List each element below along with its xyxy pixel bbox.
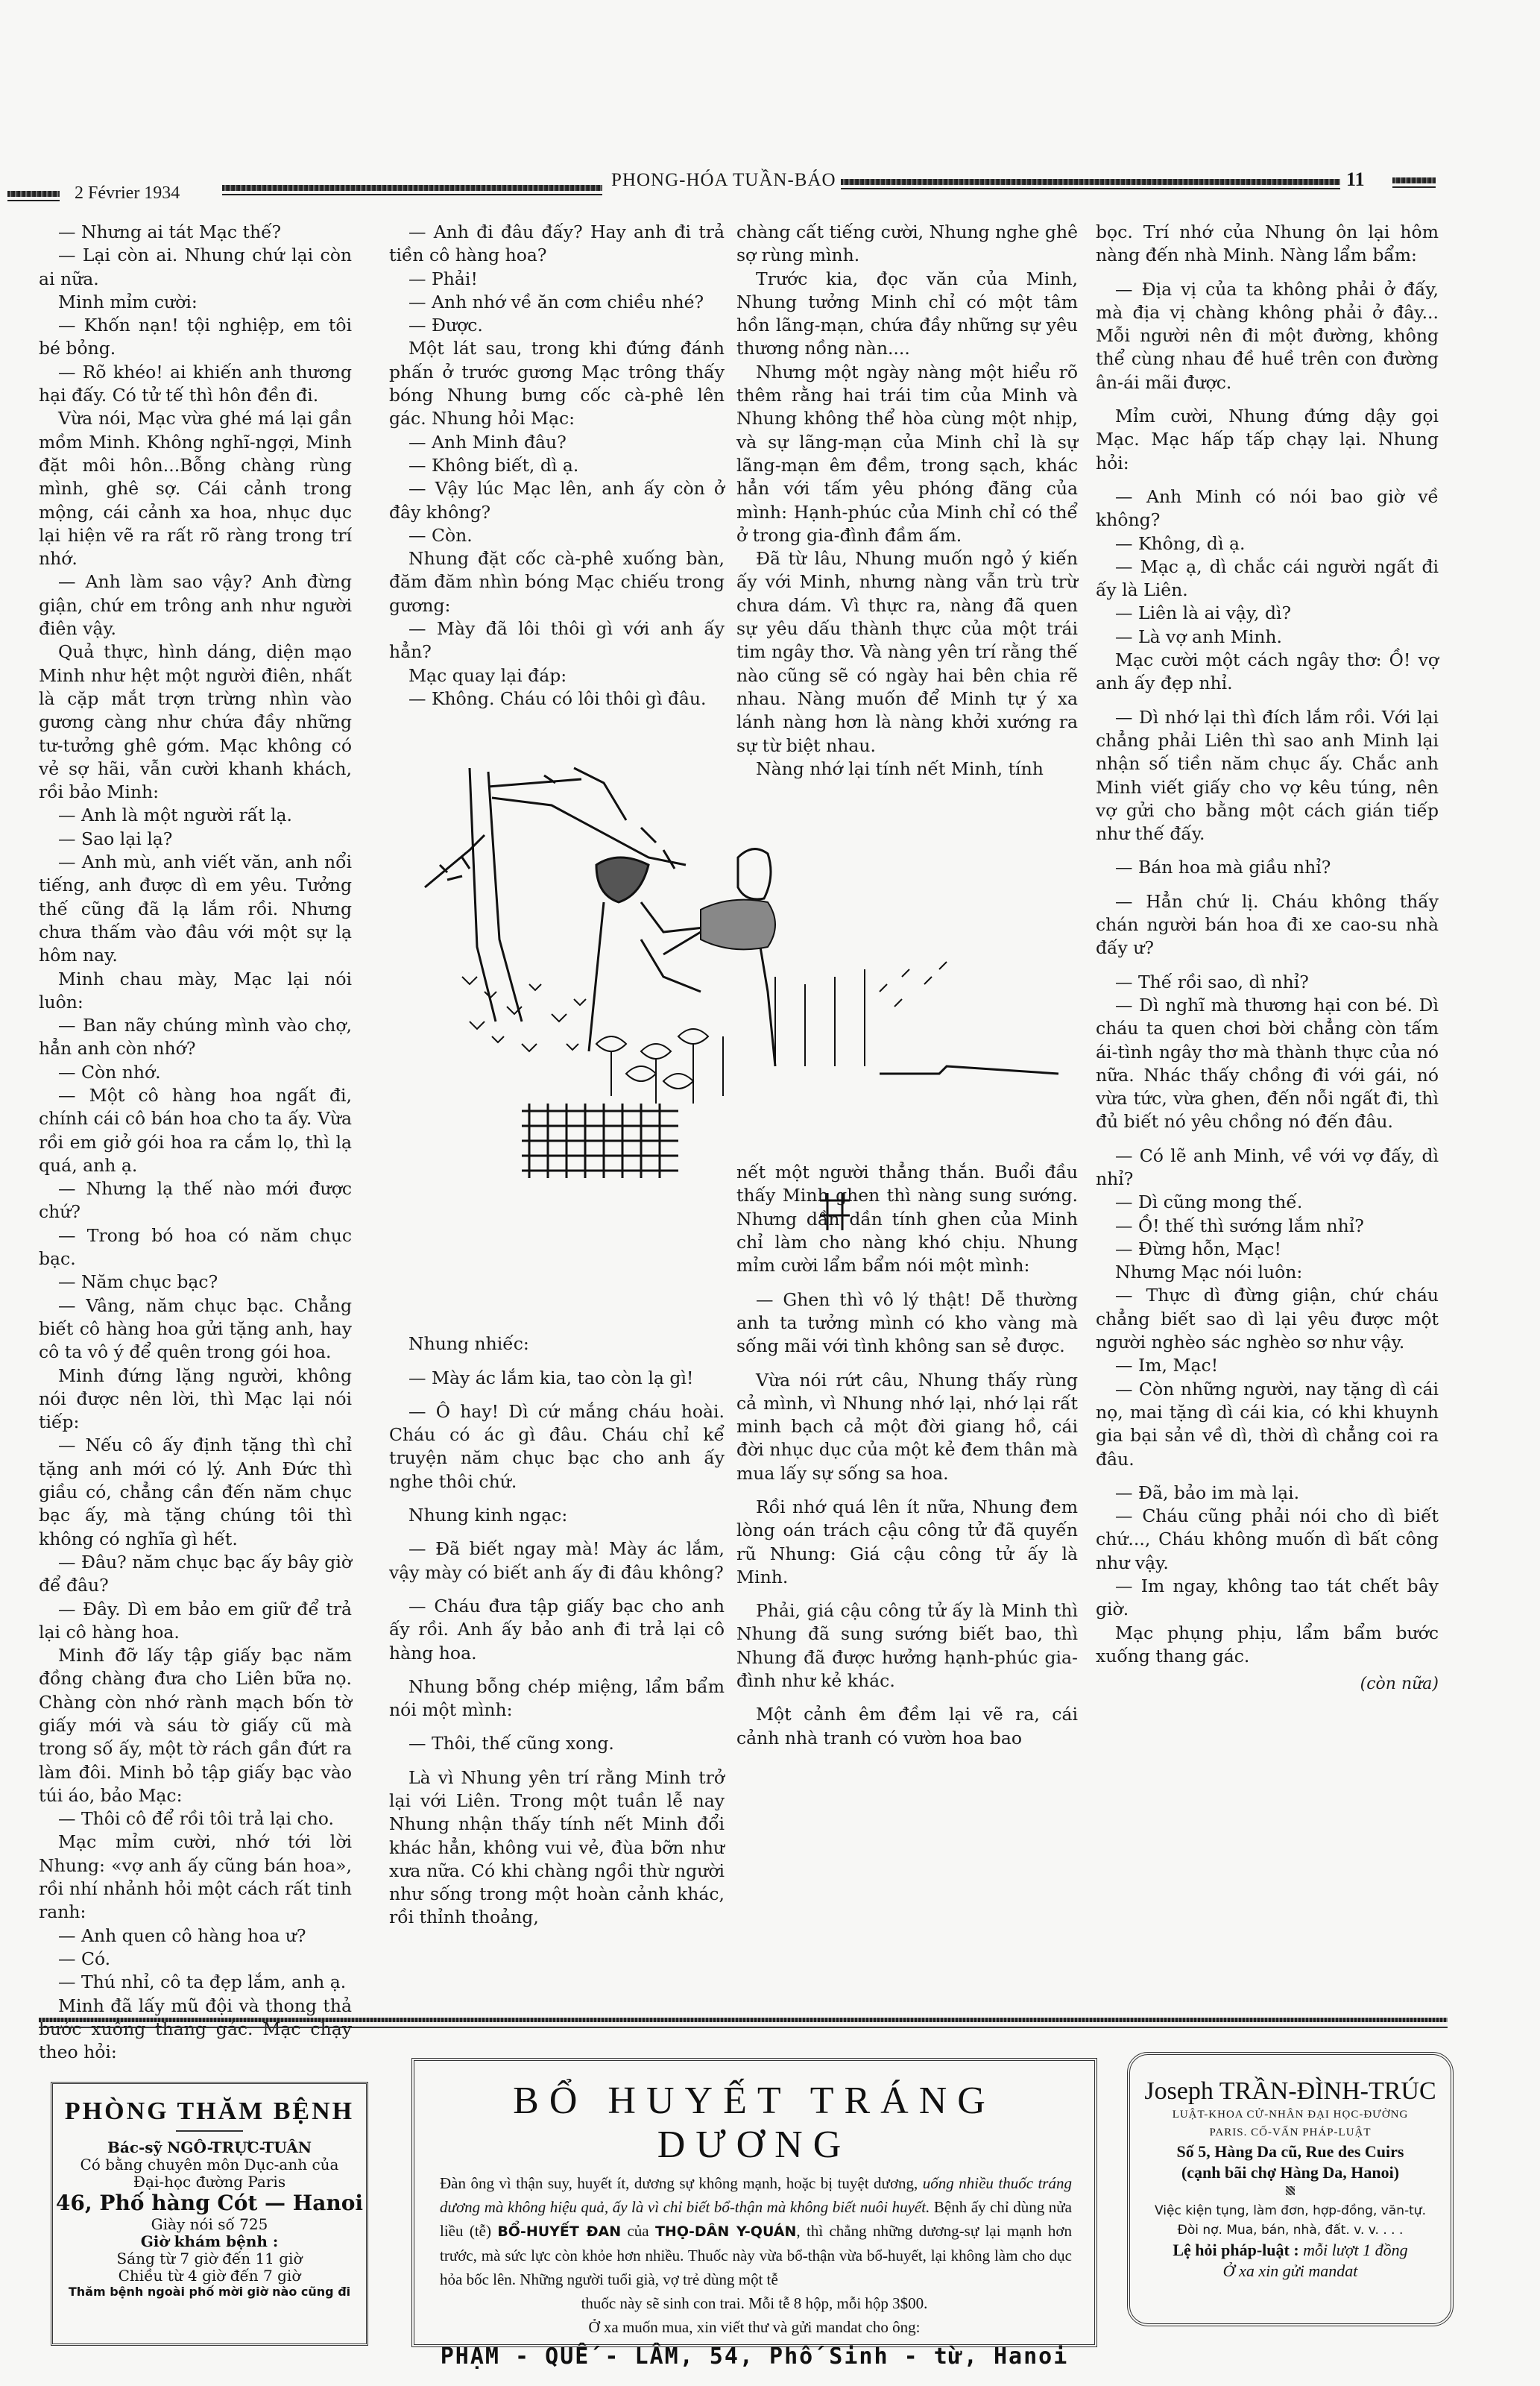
paragraph: Nhung kinh ngạc: [389,1504,725,1527]
lawyer-fee-value: mỗi lượt 1 đồng [1303,2241,1407,2259]
ornament-divider-icon [176,2130,243,2132]
clinic-credential: Có bằng chuyên môn Dục-anh của [53,2156,366,2173]
paragraph: — Địa vị của ta không phải ở đấy, mà địa… [1096,278,1439,394]
ads-divider [39,2018,1448,2022]
paragraph: Nhưng một ngày nàng một hiểu rõ thêm rằn… [736,361,1078,547]
garden-illustration [417,753,1088,1230]
paragraph: — Hẳn chứ lị. Cháu không thấy chán người… [1096,890,1439,960]
paragraph: — Nhưng ai tát Mạc thế? [39,221,352,244]
lattice-fence-icon [522,1104,850,1230]
paragraph: — Không. Cháu có lôi thôi gì đâu. [389,687,725,711]
header-rule-right [1392,177,1436,183]
paragraph: — Đã biết ngay mà! Mày ác lắm, vậy mày c… [389,1537,725,1584]
paragraph: Minh mỉm cười: [39,291,352,314]
paragraph: — Được. [389,314,725,337]
paragraph: — Đâu? năm chục bạc ấy bây giờ để đâu? [39,1551,352,1598]
article-column-4: bọc. Trí nhớ của Nhung ôn lại hôm nàng đ… [1096,221,1439,1696]
ads-divider-thin [39,2027,1448,2028]
paragraph: — Đây. Dì em bảo em giữ để trả lại cô hà… [39,1598,352,1645]
paragraph: — Có lẽ anh Minh, về với vợ đấy, dì nhỉ? [1096,1145,1439,1192]
medicine-text: Đàn ông vì thận suy, huyết ít, dương sự … [440,2174,918,2192]
lawyer-title: PARIS. CỐ-VẤN PHÁP-LUẬT [1130,2124,1451,2141]
lawyer-address: Số 5, Hàng Da cũ, Rue des Cuirs [1130,2141,1451,2162]
paragraph: Minh đỡ lấy tập giấy bạc năm đồng chàng … [39,1644,352,1807]
paragraph: — Anh Minh đâu? [389,431,725,454]
continued-note: (còn nữa) [1096,1672,1439,1696]
paragraph: — Đừng hỗn, Mạc! [1096,1238,1439,1261]
paragraph: — Sao lại lạ? [39,828,352,851]
header-rule-mid-left-thin [222,194,602,195]
paragraph: Quả thực, hình dáng, diện mạo Minh như h… [39,640,352,804]
page-number: 11 [1346,169,1365,191]
paragraph: — Không biết, dì ạ. [389,454,725,477]
clinic-advertisement: PHÒNG THĂM BỆNH Bác-sỹ NGÔ-TRỰC-TUÂN Có … [51,2082,368,2346]
medicine-order-info: Ở xa muốn mua, xin viết thư và gửi manda… [414,2315,1094,2339]
clinic-hours-label: Giờ khám bệnh : [53,2233,366,2250]
lawyer-services: Đòi nợ. Mua, bán, nhà, đất. v. v. . . . [1130,2220,1451,2240]
path-line-icon [880,1066,1058,1074]
paragraph: — Anh đi đâu đấy? Hay anh đi trả tiền cô… [389,221,725,268]
paragraph: — Anh quen cô hàng hoa ư? [39,1924,352,1948]
header-rule-mid-left [222,185,602,191]
paragraph: Minh đứng lặng người, không nói được nên… [39,1364,352,1435]
paragraph: — Mạc ạ, dì chắc cái người ngất đi ấy là… [1096,555,1439,602]
page-header: 2 Février 1934 PHONG-HÓA TUẦN-BÁO 11 [7,177,1431,215]
issue-date: 2 Février 1934 [75,183,180,204]
paragraph: Nhung nhiếc: [389,1332,725,1356]
paragraph: — Khốn nạn! tội nghiệp, em tôi bé bỏng. [39,314,352,361]
paragraph: — Trong bó hoa có năm chục bạc. [39,1224,352,1271]
paragraph: Rồi nhớ quá lên ít nữa, Nhung đem lòng o… [736,1496,1078,1589]
paragraph: — Phải! [389,268,725,291]
paragraph: — Vậy lúc Mạc lên, anh ấy còn ở đây khôn… [389,477,725,524]
paragraph: — Còn nhớ. [39,1061,352,1084]
medicine-seller-address: PHẠM - QUẾ - LÂM, 54, Phố Sinh - từ, Han… [414,2343,1094,2370]
paragraph: — Liên là ai vậy, dì? [1096,602,1439,625]
paragraph: — Vâng, năm chục bạc. Chẳng biết cô hàng… [39,1294,352,1364]
tree-icon [425,768,686,1022]
paragraph: — Cháu cũng phải nói cho dì biết chứ...,… [1096,1505,1439,1575]
paragraph: — Ban nãy chúng mình vào chợ, hẳn anh cò… [39,1014,352,1061]
paragraph: Mạc phụng phịu, lẩm bẩm bước xuống thang… [1096,1622,1439,1669]
medicine-price: thuốc này sẽ sinh con trai. Mỗi tễ 8 hộp… [414,2291,1094,2315]
paragraph: Là vì Nhung yên trí rằng Minh trở lại vớ… [389,1766,725,1930]
paragraph: Vừa nói rứt câu, Nhung thấy rùng cả mình… [736,1369,1078,1485]
paragraph: chàng cất tiếng cười, Nhung nghe ghê sợ … [736,221,1078,268]
clinic-phone: Giày nói số 725 [53,2216,366,2233]
lawyer-remote-note: Ở xa xin gửi mandat [1130,2261,1451,2282]
paragraph: — Im, Mạc! [1096,1354,1439,1377]
paragraph: — Im ngay, không tao tát chết bây giờ. [1096,1575,1439,1622]
paragraph: Nhung bỗng chép miệng, lẩm bẩm nói một m… [389,1675,725,1722]
paragraph: — Thế rồi sao, dì nhỉ? [1096,971,1439,994]
paragraph: Minh đã lấy mũ đội và thong thả bước xuố… [39,1995,352,2065]
paragraph: — Anh làm sao vậy? Anh đừng giận, chứ em… [39,570,352,640]
paragraph: — Ghen thì vô lý thật! Dễ thường anh ta … [736,1288,1078,1359]
paragraph: Đã từ lâu, Nhung muốn ngỏ ý kiến ấy với … [736,547,1078,758]
paragraph: — Anh là một người rất lạ. [39,804,352,827]
paragraph: Một cảnh êm đềm lại vẽ ra, cái cảnh nhà … [736,1703,1078,1750]
paragraph: Minh chau mày, Mạc lại nói luôn: [39,968,352,1015]
paragraph: — Không, dì ạ. [1096,532,1439,555]
header-rule-left-thin [7,200,60,201]
paragraph: Phải, giá cậu công tử ấy là Minh thì Nhu… [736,1599,1078,1693]
paragraph: Trước kia, đọc văn của Minh, Nhung tưởng… [736,268,1078,361]
paragraph: — Ô hay! Dì cứ mắng cháu hoài. Cháu có á… [389,1400,725,1493]
paragraph: — Nhưng lạ thế nào mới được chứ? [39,1177,352,1224]
paragraph: — Mày đã lôi thôi gì với anh ấy hẳn? [389,617,725,664]
paragraph: — Dì nghĩ mà thương hại con bé. Dì cháu … [1096,994,1439,1134]
paragraph: — Anh Minh có nói bao giờ về không? [1096,485,1439,532]
man-figure-icon [663,849,775,1066]
paragraph: Một lát sau, trong khi đứng đánh phấn ở … [389,337,725,430]
paragraph: — Ồ! thế thì sướng lắm nhỉ? [1096,1215,1439,1238]
ornament-square-icon [1286,2186,1295,2195]
paragraph: — Thôi, thế cũng xong. [389,1732,725,1755]
paragraph: — Cháu đưa tập giấy bạc cho anh ấy rồi. … [389,1595,725,1665]
publication-title: PHONG-HÓA TUẦN-BÁO [611,170,836,191]
lawyer-services: Việc kiện tụng, làm đơn, hợp-đồng, văn-t… [1130,2201,1451,2220]
clinic-credential: Đại-học đường Paris [53,2173,366,2191]
medicine-product-name: BỔ-HUYẾT ĐAN [497,2223,621,2240]
paragraph: — Còn. [389,524,725,547]
paragraph: Nhung đặt cốc cà-phê xuống bàn, đăm đăm … [389,547,725,617]
paragraph: — Mày ác lắm kia, tao còn lạ gì! [389,1367,725,1390]
paragraph: — Còn những người, nay tặng dì cái nọ, m… [1096,1378,1439,1471]
paragraph: — Thú nhỉ, cô ta đẹp lắm, anh ạ. [39,1971,352,1994]
paragraph: — Anh mù, anh viết văn, anh nổi tiếng, a… [39,851,352,967]
paragraph: — Một cô hàng hoa ngất đi, chính cái cô … [39,1084,352,1177]
paragraph: — Lại còn ai. Nhung chứ lại còn ai nữa. [39,244,352,291]
clinic-house-calls: Thăm bệnh ngoài phố mời giờ nào cũng đi [53,2285,366,2299]
lawyer-title: LUẬT-KHOA CỬ-NHÂN ĐẠI HỌC-ĐƯỜNG [1130,2106,1451,2124]
paragraph: — Nếu cô ấy định tặng thì chỉ tặng anh m… [39,1434,352,1550]
paragraph: — Có. [39,1948,352,1971]
medicine-text: của [627,2222,648,2240]
paragraph: Vừa nói, Mạc vừa ghé má lại gần mồm Minh… [39,407,352,570]
clinic-ad-title: PHÒNG THĂM BỆNH [53,2097,366,2126]
clinic-hours-morning: Sáng từ 7 giờ đến 11 giờ [53,2250,366,2267]
paragraph: — Dì cũng mong thế. [1096,1191,1439,1214]
lawyer-name: Joseph TRẦN-ĐÌNH-TRÚC [1130,2077,1451,2106]
paragraph: — Anh nhớ về ăn cơm chiều nhé? [389,291,725,314]
paragraph: — Năm chục bạc? [39,1271,352,1294]
lawyer-advertisement: Joseph TRẦN-ĐÌNH-TRÚC LUẬT-KHOA CỬ-NHÂN … [1127,2052,1454,2326]
paragraph: — Bán hoa mà giầu nhỉ? [1096,856,1439,879]
medicine-ad-body: Đàn ông vì thận suy, huyết ít, dương sự … [414,2167,1094,2291]
paragraph: — Đã, bảo im mà lại. [1096,1482,1439,1505]
article-column-1: — Nhưng ai tát Mạc thế? — Lại còn ai. Nh… [39,221,352,2064]
header-rule-mid-right [841,179,1340,185]
lawyer-fee-label: Lệ hỏi pháp-luật : [1173,2241,1298,2259]
clinic-address: 46, Phố hàng Cót — Hanoi [53,2191,366,2216]
paragraph: Mạc mỉm cười, nhớ tới lời Nhung: «vợ anh… [39,1831,352,1924]
header-rule-left [7,191,60,197]
header-rule-right-thin [1392,186,1436,188]
paragraph: bọc. Trí nhớ của Nhung ôn lại hôm nàng đ… [1096,221,1439,268]
medicine-ad-title: BỔ HUYẾT TRÁNG DƯƠNG [414,2079,1094,2167]
paragraph: — Dì nhớ lại thì đích lắm rồi. Với lại c… [1096,706,1439,846]
paragraph: Mạc quay lại đáp: [389,664,725,687]
medicine-advertisement: BỔ HUYẾT TRÁNG DƯƠNG Đàn ông vì thận suy… [411,2058,1097,2347]
woman-figure-icon [589,857,730,1051]
lawyer-address: (cạnh bãi chợ Hàng Da, Hanoi) [1130,2162,1451,2183]
paragraph: — Thôi cô để rồi tôi trả lại cho. [39,1807,352,1831]
paragraph: — Là vợ anh Minh. [1096,626,1439,649]
paragraph: Nhưng Mạc nói luôn: [1096,1261,1439,1284]
paragraph: Mỉm cười, Nhung đứng dậy gọi Mạc. Mạc hấ… [1096,405,1439,475]
medicine-maker-name: THỌ-DÂN Y-QUÁN [655,2223,796,2240]
paragraph: — Rõ khéo! ai khiến anh thương hại đấy. … [39,361,352,408]
header-rule-mid-right-thin [841,188,1340,189]
paragraph: — Thực dì đừng giận, chứ cháu chẳng biết… [1096,1284,1439,1354]
flower-bed-icon [462,962,947,1104]
clinic-doctor-name: Bác-sỹ NGÔ-TRỰC-TUÂN [53,2139,366,2156]
paragraph: Mạc cười một cách ngây thơ: Ồ! vợ anh ấy… [1096,649,1439,696]
clinic-hours-afternoon: Chiều từ 4 giờ đến 7 giờ [53,2267,366,2285]
